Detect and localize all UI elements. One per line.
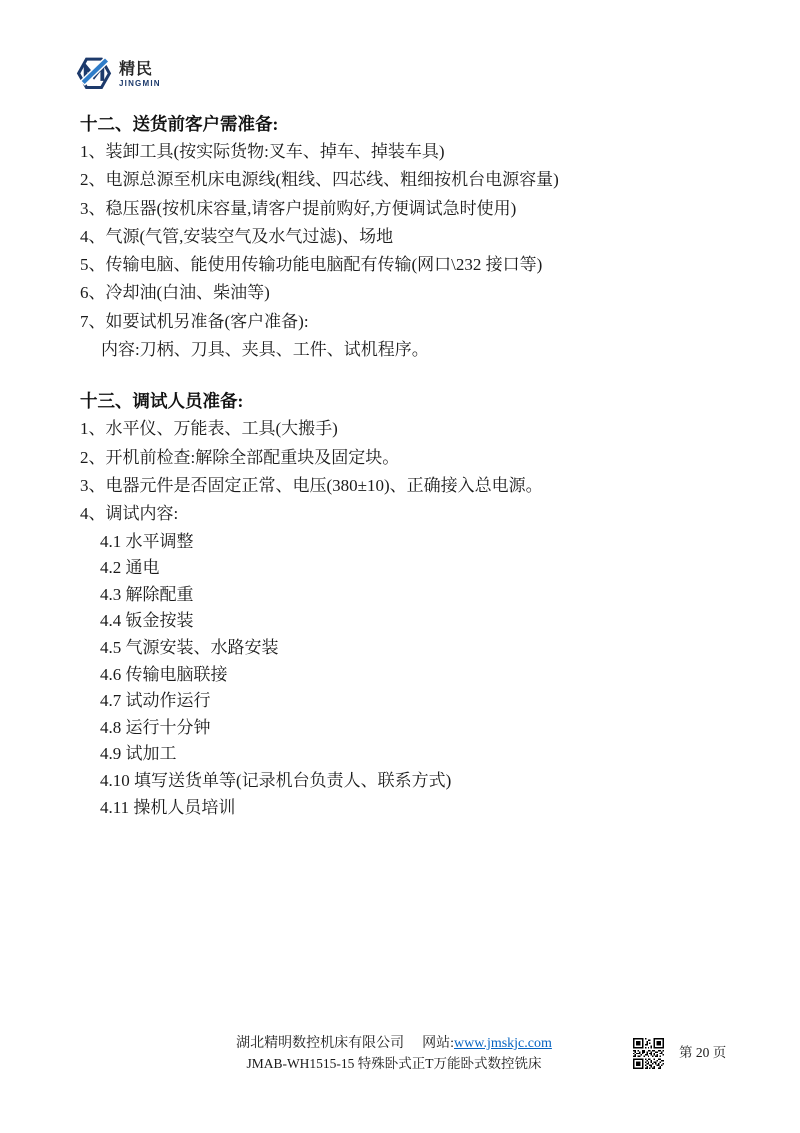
website-label: 网站: xyxy=(422,1036,454,1051)
sub-list-item: 4.7 试动作运行 xyxy=(80,688,748,715)
sub-list-item: 4.2 通电 xyxy=(80,555,748,582)
list-item: 2、电源总源至机床电源线(粗线、四芯线、粗细按机台电源容量) xyxy=(80,166,748,194)
section-12-heading: 十二、送货前客户需准备: xyxy=(80,110,748,138)
list-item: 3、电器元件是否固定正常、电压(380±10)、正确接入总电源。 xyxy=(80,472,748,500)
website-link[interactable]: www.jmskjc.com xyxy=(454,1036,552,1051)
footer: 湖北精明数控机床有限公司网站:www.jmskjc.com JMAB-WH151… xyxy=(85,1033,703,1074)
footer-company-line: 湖北精明数控机床有限公司网站:www.jmskjc.com xyxy=(85,1033,703,1054)
logo-text: 精民 JINGMIN xyxy=(119,62,161,88)
list-item-note: 内容:刀柄、刀具、夹具、工件、试机程序。 xyxy=(80,336,748,364)
company-name: 湖北精明数控机床有限公司 xyxy=(236,1036,404,1051)
list-item: 4、气源(气管,安装空气及水气过滤)、场地 xyxy=(80,223,748,251)
sub-list-item: 4.1 水平调整 xyxy=(80,529,748,556)
list-item: 3、稳压器(按机床容量,请客户提前购好,方便调试急时使用) xyxy=(80,195,748,223)
qr-code-icon xyxy=(633,1038,664,1069)
logo-name-zh: 精民 xyxy=(119,62,161,78)
list-item: 2、开机前检查:解除全部配重块及固定块。 xyxy=(80,444,748,472)
page-number: 第 20 页 xyxy=(679,1041,726,1061)
sub-list-item: 4.10 填写送货单等(记录机台负责人、联系方式) xyxy=(80,768,748,795)
list-item: 4、调试内容: xyxy=(80,500,748,528)
sub-list-item: 4.11 操机人员培训 xyxy=(80,795,748,822)
section-12: 十二、送货前客户需准备: 1、装卸工具(按实际货物:叉车、掉车、掉装车具) 2、… xyxy=(80,110,748,364)
list-item: 1、水平仪、万能表、工具(大搬手) xyxy=(80,415,748,443)
sub-list-item: 4.8 运行十分钟 xyxy=(80,715,748,742)
document-body: 十二、送货前客户需准备: 1、装卸工具(按实际货物:叉车、掉车、掉装车具) 2、… xyxy=(80,110,748,821)
logo-name-en: JINGMIN xyxy=(119,80,161,88)
machine-model-line: JMAB-WH1515-15 特殊卧式正T万能卧式数控铣床 xyxy=(85,1054,703,1074)
document-page: 精民 JINGMIN 十二、送货前客户需准备: 1、装卸工具(按实际货物:叉车、… xyxy=(0,0,800,1133)
list-item: 5、传输电脑、能使用传输功能电脑配有传输(网口\232 接口等) xyxy=(80,251,748,279)
list-item: 6、冷却油(白油、柴油等) xyxy=(80,279,748,307)
list-item: 1、装卸工具(按实际货物:叉车、掉车、掉装车具) xyxy=(80,138,748,166)
sub-list-item: 4.4 钣金按装 xyxy=(80,608,748,635)
section-13-heading: 十三、调试人员准备: xyxy=(80,387,748,415)
section-13: 十三、调试人员准备: 1、水平仪、万能表、工具(大搬手) 2、开机前检查:解除全… xyxy=(80,387,748,821)
sub-list-item: 4.9 试加工 xyxy=(80,741,748,768)
sub-list-item: 4.3 解除配重 xyxy=(80,582,748,609)
sub-list-item: 4.5 气源安装、水路安装 xyxy=(80,635,748,662)
sub-list-item: 4.6 传输电脑联接 xyxy=(80,662,748,689)
list-item: 7、如要试机另准备(客户准备): xyxy=(80,308,748,336)
logo: 精民 JINGMIN xyxy=(74,55,161,95)
logo-hexagon-m-icon xyxy=(74,55,114,95)
